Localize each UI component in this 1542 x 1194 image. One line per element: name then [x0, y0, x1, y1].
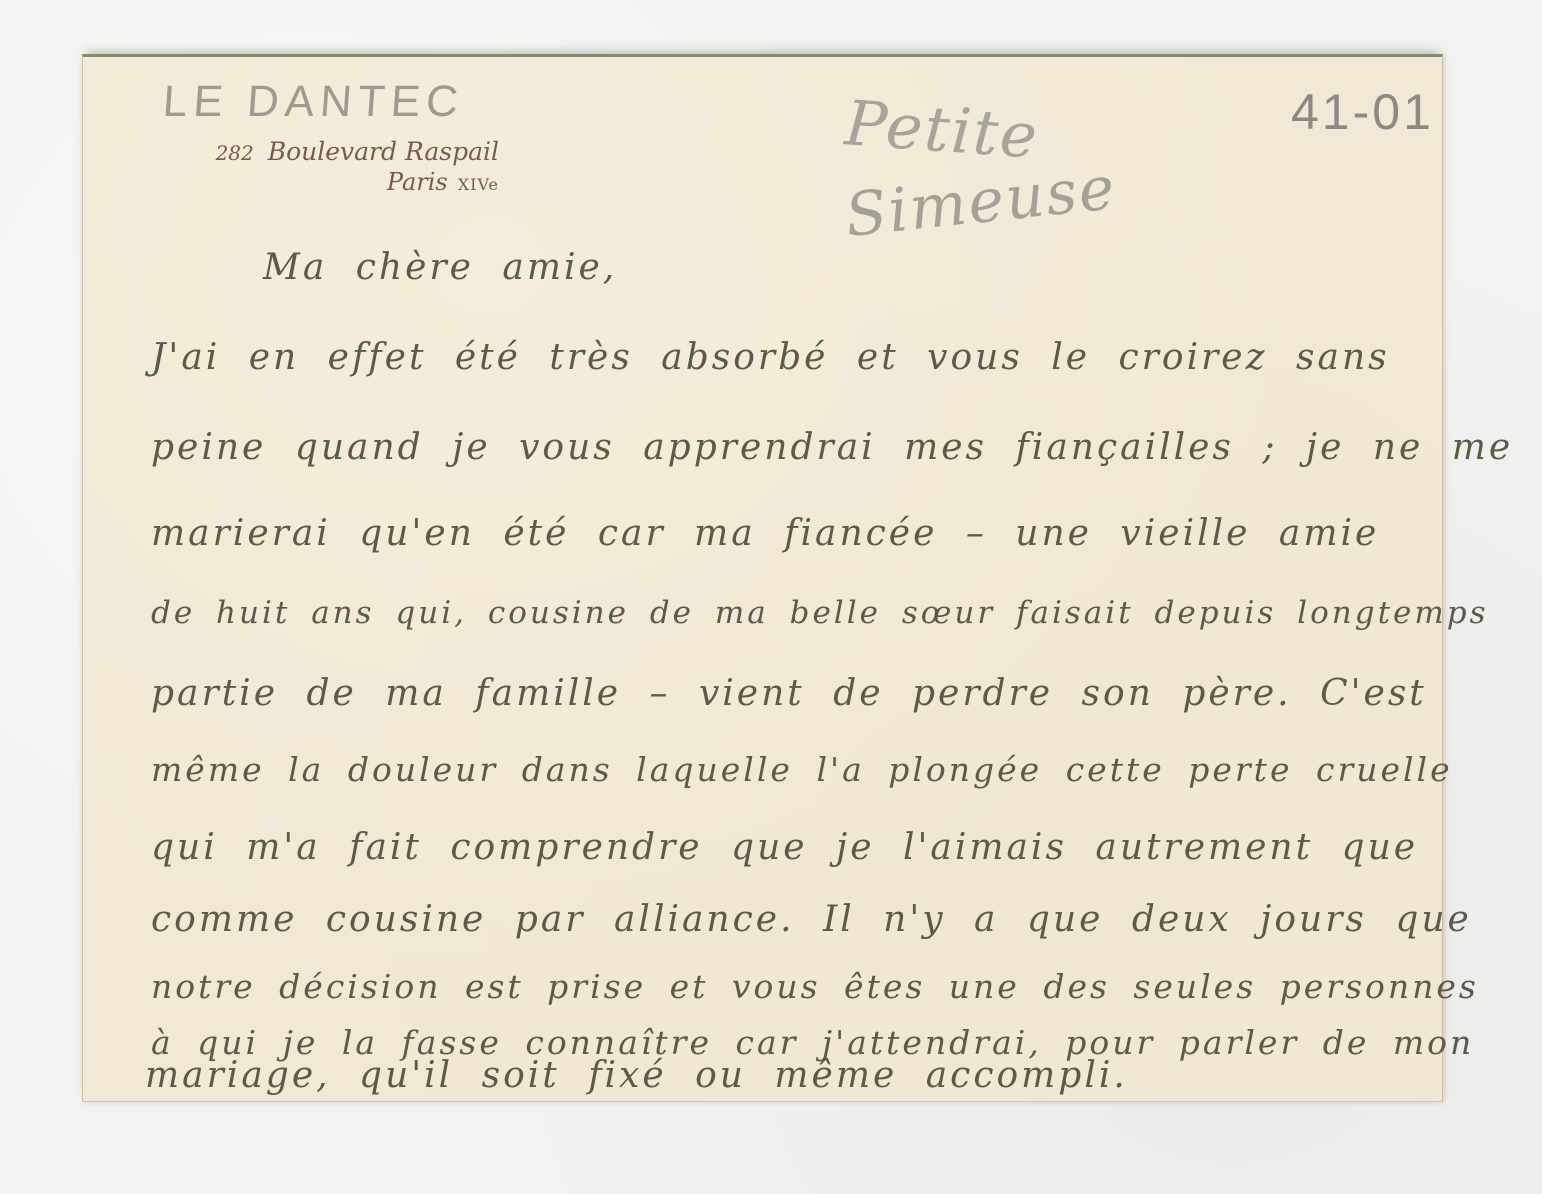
- letter-salutation: Ma chère amie,: [263, 247, 617, 288]
- letter-line: mariage, qu'il soit fixé ou même accompl…: [145, 1055, 1128, 1096]
- letter-line: même la douleur dans laquelle l'a plongé…: [151, 750, 1411, 789]
- letter-line: marierai qu'en été car ma fiancée – une …: [151, 513, 1411, 554]
- letterhead-street-name: Boulevard Raspail: [268, 137, 499, 166]
- letter-line: comme cousine par alliance. Il n'y a que…: [151, 899, 1411, 940]
- letter-line: de huit ans qui, cousine de ma belle sœu…: [151, 595, 1411, 631]
- letter-line: J'ai en effet été très absorbé et vous l…: [151, 337, 1411, 378]
- pencil-annotation-title-line2: Simeuse: [842, 153, 1119, 251]
- letterhead-city-line: ParisXIVe: [169, 168, 499, 199]
- letter-card: LE DANTEC Petite Simeuse 41-01 282 Boule…: [82, 54, 1443, 1102]
- letterhead-street-line: 282 Boulevard Raspail: [169, 137, 499, 168]
- letterhead-arrondissement: XIVe: [458, 175, 499, 194]
- letter-line: qui m'a fait comprendre que je l'aimais …: [151, 827, 1411, 868]
- letterhead-city: Paris: [387, 168, 448, 196]
- letter-line: peine quand je vous apprendrai mes fianç…: [151, 427, 1411, 468]
- letterhead-address: 282 Boulevard Raspail ParisXIVe: [169, 137, 499, 199]
- pencil-annotation-name: LE DANTEC: [161, 77, 465, 127]
- letter-line: notre décision est prise et vous êtes un…: [151, 967, 1411, 1006]
- pencil-annotation-reference: 41-01: [1291, 83, 1434, 141]
- letter-line: partie de ma famille – vient de perdre s…: [151, 673, 1411, 714]
- letterhead-street-number: 282: [216, 141, 254, 165]
- pencil-annotation-title-line1: Petite: [843, 86, 1042, 172]
